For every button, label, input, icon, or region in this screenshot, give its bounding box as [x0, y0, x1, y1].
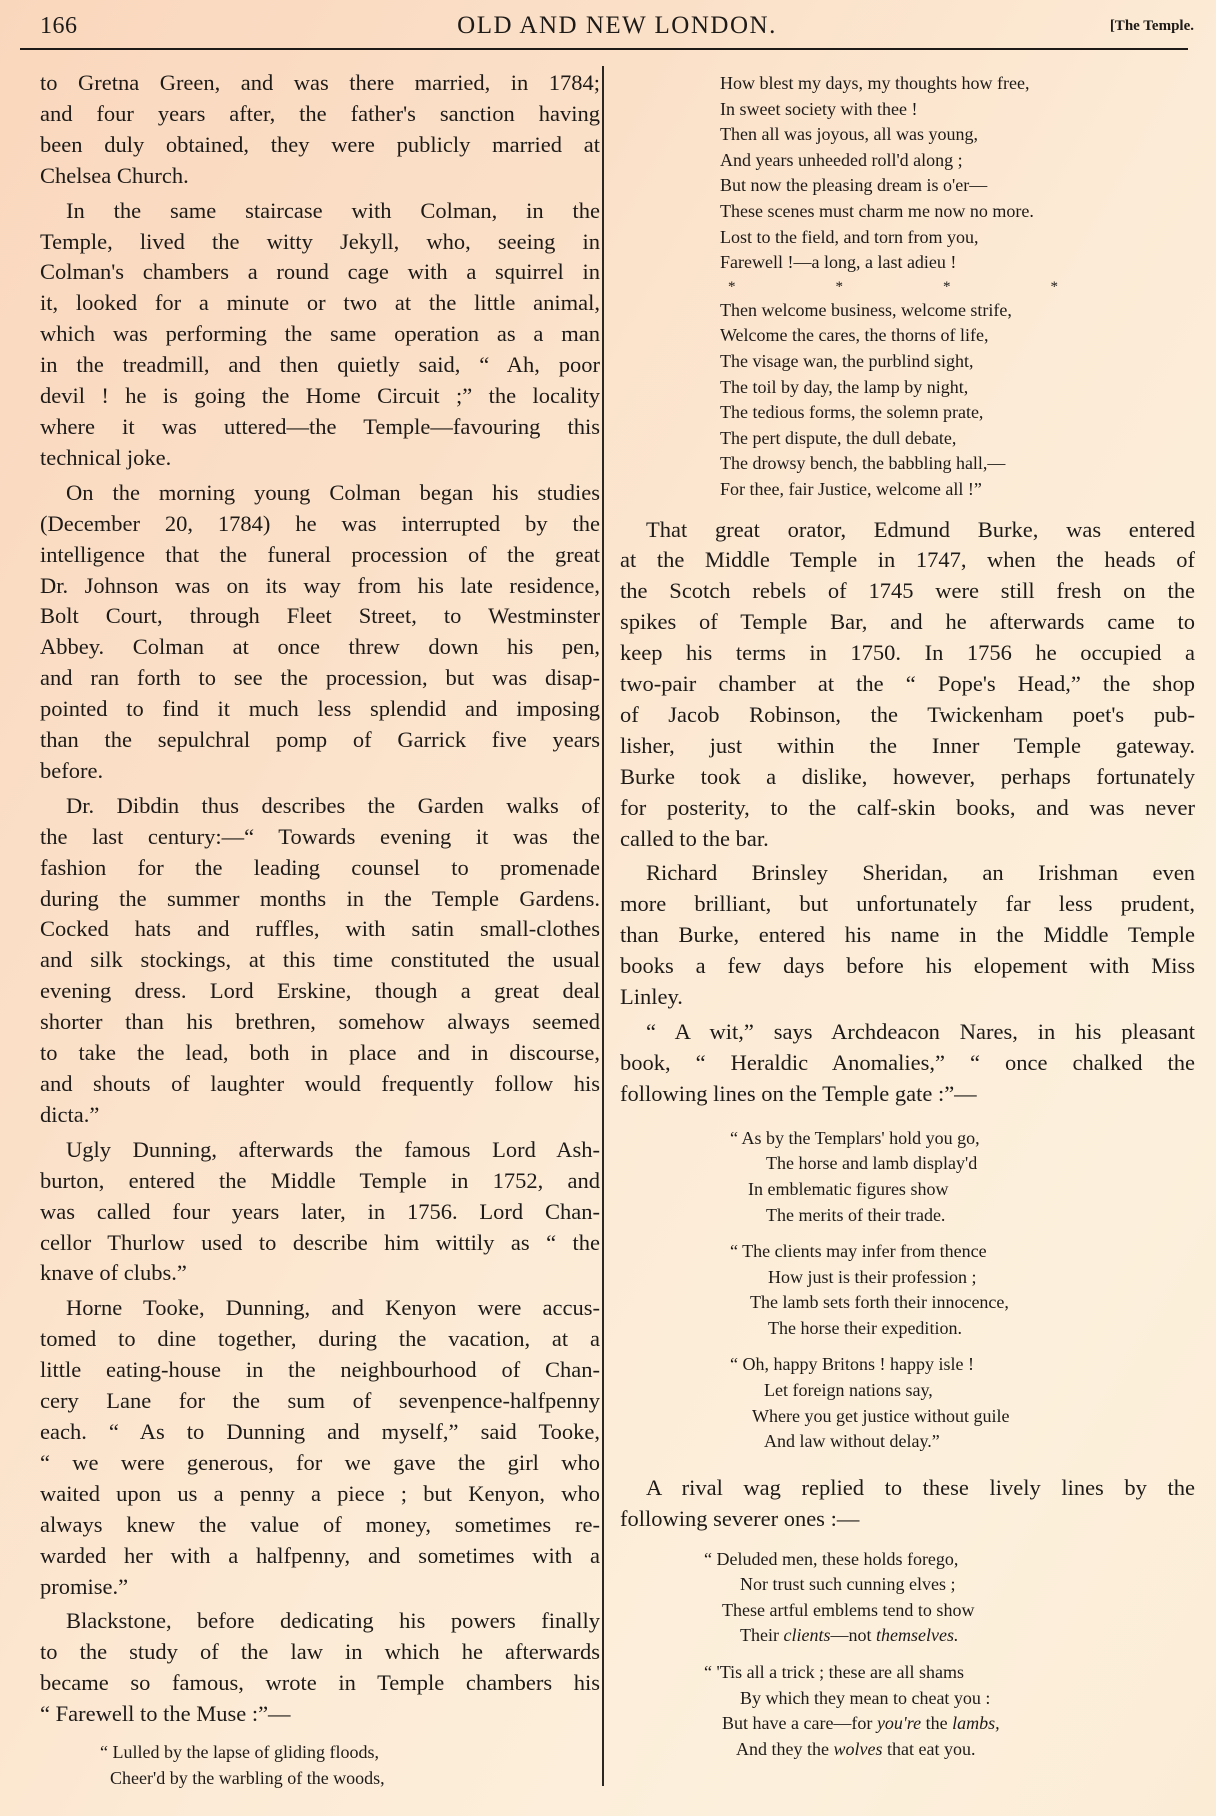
- text-line: to take the lead, both in place and in d…: [40, 1038, 600, 1069]
- text-line: cellor Thurlow used to describe him witt…: [40, 1228, 600, 1259]
- text-line: Ugly Dunning, afterwards the famous Lord…: [40, 1135, 600, 1166]
- text-line: Colman's chambers a round cage with a sq…: [40, 257, 600, 288]
- paragraph-gretna: to Gretna Green, and was there married, …: [40, 68, 600, 192]
- verse-line: Where you get justice without guile: [730, 1404, 1195, 1430]
- verse-line: Lost to the field, and torn from you,: [720, 225, 1195, 251]
- text-line: to the study of the law in which he afte…: [40, 1637, 600, 1668]
- text-line: in the treadmill, and then quietly said,…: [40, 350, 600, 381]
- text-line: promise.”: [40, 1572, 600, 1603]
- text-line: and ran forth to see the procession, but…: [40, 663, 600, 694]
- text-line: On the morning young Colman began his st…: [40, 478, 600, 509]
- verse-line: Then all was joyous, all was young,: [720, 122, 1195, 148]
- text-line: which was performing the same operation …: [40, 319, 600, 350]
- verse-line: For thee, fair Justice, welcome all !”: [720, 477, 1195, 503]
- verse-line: The horse and lamb display'd: [730, 1151, 1195, 1177]
- verse-line: These scenes must charm me now no more.: [720, 199, 1195, 225]
- text-line: became so famous, wrote in Temple chambe…: [40, 1668, 600, 1699]
- text-line: A rival wag replied to these lively line…: [620, 1473, 1195, 1504]
- text-line: before.: [40, 756, 600, 787]
- verse-line: And they the wolves that eat you.: [704, 1737, 1195, 1763]
- paragraph-jekyll: In the same staircase with Colman, in th…: [40, 196, 600, 474]
- left-column: to Gretna Green, and was there married, …: [40, 68, 600, 1791]
- verse-line: And years unheeded roll'd along ;: [720, 148, 1195, 174]
- verse-line: “ 'Tis all a trick ; these are all shams: [704, 1660, 1195, 1686]
- paragraph-rival-wag: A rival wag replied to these lively line…: [620, 1473, 1195, 1535]
- text-line: devil ! he is going the Home Circuit ;” …: [40, 381, 600, 412]
- header-rule: [20, 48, 1188, 50]
- verse-line: The drowsy bench, the babbling hall,—: [720, 451, 1195, 477]
- text-line: following severer ones :—: [620, 1504, 1195, 1535]
- poem-reply: “ Deluded men, these holds forego, Nor t…: [620, 1547, 1195, 1763]
- book-title: OLD AND NEW LONDON.: [457, 12, 777, 40]
- book-page: 166 OLD AND NEW LONDON. [The Temple. to …: [0, 0, 1216, 1816]
- column-divider: [602, 66, 604, 1786]
- text-line: each. “ As to Dunning and myself,” said …: [40, 1417, 600, 1448]
- text-line: and four years after, the father's sanct…: [40, 99, 600, 130]
- text-line: (December 20, 1784) he was interrupted b…: [40, 509, 600, 540]
- verse-line: How just is their profession ;: [730, 1265, 1195, 1291]
- text-line: two-pair chamber at the “ Pope's Head,” …: [620, 669, 1195, 700]
- verse-line: The lamb sets forth their innocence,: [730, 1290, 1195, 1316]
- text-line: Burke took a dislike, however, perhaps f…: [620, 762, 1195, 793]
- text-line: the last century:—“ Towards evening it w…: [40, 822, 600, 853]
- verse-line: The tedious forms, the solemn prate,: [720, 400, 1195, 426]
- text-line: lisher, just within the Inner Temple gat…: [620, 731, 1195, 762]
- verse-line: In emblematic figures show: [730, 1177, 1195, 1203]
- text-line: In the same staircase with Colman, in th…: [40, 196, 600, 227]
- text-line: cery Lane for the sum of sevenpence-half…: [40, 1386, 600, 1417]
- text-line: fashion for the leading counsel to prome…: [40, 853, 600, 884]
- text-line: called to the bar.: [620, 824, 1195, 855]
- text-line: Horne Tooke, Dunning, and Kenyon were ac…: [40, 1293, 600, 1324]
- verse-line: But now the pleasing dream is o'er—: [720, 173, 1195, 199]
- verse-line: How blest my days, my thoughts how free,: [720, 71, 1195, 97]
- text-line: it, looked for a minute or two at the li…: [40, 288, 600, 319]
- right-column: How blest my days, my thoughts how free,…: [620, 68, 1195, 1762]
- verse-line: The pert dispute, the dull debate,: [720, 426, 1195, 452]
- verse-line: The toil by day, the lamp by night,: [720, 375, 1195, 401]
- text-line: Richard Brinsley Sheridan, an Irishman e…: [620, 858, 1195, 889]
- text-line: “ Farewell to the Muse :”—: [40, 1699, 600, 1730]
- section-title: [The Temple.: [1110, 18, 1194, 35]
- text-line: Blackstone, before dedicating his powers…: [40, 1606, 600, 1637]
- text-line: shorter than his brethren, somehow alway…: [40, 1007, 600, 1038]
- text-line: Temple, lived the witty Jekyll, who, see…: [40, 227, 600, 258]
- paragraph-burke: That great orator, Edmund Burke, was ent…: [620, 515, 1195, 855]
- text-line: waited upon us a penny a piece ; but Ken…: [40, 1479, 600, 1510]
- verse-line: Their clients—not themselves.: [704, 1623, 1195, 1649]
- text-line: warded her with a halfpenny, and sometim…: [40, 1541, 600, 1572]
- text-line: always knew the value of money, sometime…: [40, 1510, 600, 1541]
- text-line: of Jacob Robinson, the Twickenham poet's…: [620, 700, 1195, 731]
- text-line: technical joke.: [40, 443, 600, 474]
- text-line: spikes of Temple Bar, and he afterwards …: [620, 607, 1195, 638]
- text-line: more brilliant, but unfortunately far le…: [620, 889, 1195, 920]
- text-line: and shouts of laughter would frequently …: [40, 1069, 600, 1100]
- verse-farewell-muse-cont: How blest my days, my thoughts how free,…: [620, 71, 1195, 503]
- text-line: at the Middle Temple in 1747, when the h…: [620, 545, 1195, 576]
- verse-line: The visage wan, the purblind sight,: [720, 349, 1195, 375]
- verse-farewell-muse-start: “ Lulled by the lapse of gliding floods,…: [40, 1740, 600, 1791]
- text-line: evening dress. Lord Erskine, though a gr…: [40, 976, 600, 1007]
- page-number: 166: [40, 13, 78, 40]
- poem-temple-gate: “ As by the Templars' hold you go, The h…: [620, 1126, 1195, 1455]
- text-line: where it was uttered—the Temple—favourin…: [40, 412, 600, 443]
- verse-line: And law without delay.”: [730, 1429, 1195, 1455]
- verse-line: Nor trust such cunning elves ;: [704, 1572, 1195, 1598]
- text-line: been duly obtained, they were publicly m…: [40, 130, 600, 161]
- verse-line: The horse their expedition.: [730, 1316, 1195, 1342]
- paragraph-blackstone: Blackstone, before dedicating his powers…: [40, 1606, 600, 1730]
- text-line: keep his terms in 1750. In 1756 he occup…: [620, 638, 1195, 669]
- text-line: than Burke, entered his name in the Midd…: [620, 920, 1195, 951]
- text-line: Bolt Court, through Fleet Street, to Wes…: [40, 601, 600, 632]
- text-line: than the sepulchral pomp of Garrick five…: [40, 725, 600, 756]
- verse-line: Welcome the cares, the thorns of life,: [720, 323, 1195, 349]
- verse-line: “ As by the Templars' hold you go,: [730, 1126, 1195, 1152]
- text-line: Cocked hats and ruffles, with satin smal…: [40, 914, 600, 945]
- text-line: Linley.: [620, 982, 1195, 1013]
- verse-line: Let foreign nations say,: [730, 1378, 1195, 1404]
- text-line: and silk stockings, at this time constit…: [40, 945, 600, 976]
- text-line: to Gretna Green, and was there married, …: [40, 68, 600, 99]
- text-line: during the summer months in the Temple G…: [40, 884, 600, 915]
- verse-line: But have a care—for you're the lambs,: [704, 1711, 1195, 1737]
- text-line: little eating-house in the neighbourhood…: [40, 1355, 600, 1386]
- text-line: “ we were generous, for we gave the girl…: [40, 1448, 600, 1479]
- verse-line: “ Lulled by the lapse of gliding floods,: [100, 1740, 600, 1766]
- text-line: knave of clubs.”: [40, 1258, 600, 1289]
- verse-line: “ Oh, happy Britons ! happy isle !: [730, 1352, 1195, 1378]
- verse-line: In sweet society with thee !: [720, 97, 1195, 123]
- text-line: Chelsea Church.: [40, 161, 600, 192]
- text-line: pointed to find it much less splendid an…: [40, 694, 600, 725]
- text-line: Abbey. Colman at once threw down his pen…: [40, 632, 600, 663]
- paragraph-nares: “ A wit,” says Archdeacon Nares, in his …: [620, 1017, 1195, 1110]
- text-line: burton, entered the Middle Temple in 175…: [40, 1166, 600, 1197]
- verse-line: By which they mean to cheat you :: [704, 1686, 1195, 1712]
- text-line: book, “ Heraldic Anomalies,” “ once chal…: [620, 1048, 1195, 1079]
- verse-line: These artful emblems tend to show: [704, 1598, 1195, 1624]
- verse-line: Cheer'd by the warbling of the woods,: [100, 1766, 600, 1792]
- paragraph-dibdin: Dr. Dibdin thus describes the Garden wal…: [40, 791, 600, 1131]
- section-break-asterisks: * * * *: [728, 276, 1058, 298]
- verse-line: Farewell !—a long, a last adieu !: [720, 250, 1195, 276]
- text-line: books a few days before his elopement wi…: [620, 951, 1195, 982]
- paragraph-johnson-funeral: On the morning young Colman began his st…: [40, 478, 600, 787]
- verse-line: “ Deluded men, these holds forego,: [704, 1547, 1195, 1573]
- text-line: intelligence that the funeral procession…: [40, 540, 600, 571]
- text-line: “ A wit,” says Archdeacon Nares, in his …: [620, 1017, 1195, 1048]
- verse-line: “ The clients may infer from thence: [730, 1239, 1195, 1265]
- paragraph-tooke: Horne Tooke, Dunning, and Kenyon were ac…: [40, 1293, 600, 1602]
- text-line: was called four years later, in 1756. Lo…: [40, 1197, 600, 1228]
- verse-line: The merits of their trade.: [730, 1203, 1195, 1229]
- text-line: the Scotch rebels of 1745 were still fre…: [620, 576, 1195, 607]
- text-line: Dr. Johnson was on its way from his late…: [40, 571, 600, 602]
- verse-line: Then welcome business, welcome strife,: [720, 298, 1195, 324]
- text-line: tomed to dine together, during the vacat…: [40, 1324, 600, 1355]
- text-line: following lines on the Temple gate :”—: [620, 1079, 1195, 1110]
- text-line: That great orator, Edmund Burke, was ent…: [620, 515, 1195, 546]
- text-line: for posterity, to the calf-skin books, a…: [620, 793, 1195, 824]
- text-line: Dr. Dibdin thus describes the Garden wal…: [40, 791, 600, 822]
- paragraph-dunning: Ugly Dunning, afterwards the famous Lord…: [40, 1135, 600, 1290]
- text-line: dicta.”: [40, 1100, 600, 1131]
- paragraph-sheridan: Richard Brinsley Sheridan, an Irishman e…: [620, 858, 1195, 1013]
- running-head: 166 OLD AND NEW LONDON. [The Temple.: [40, 8, 1194, 44]
